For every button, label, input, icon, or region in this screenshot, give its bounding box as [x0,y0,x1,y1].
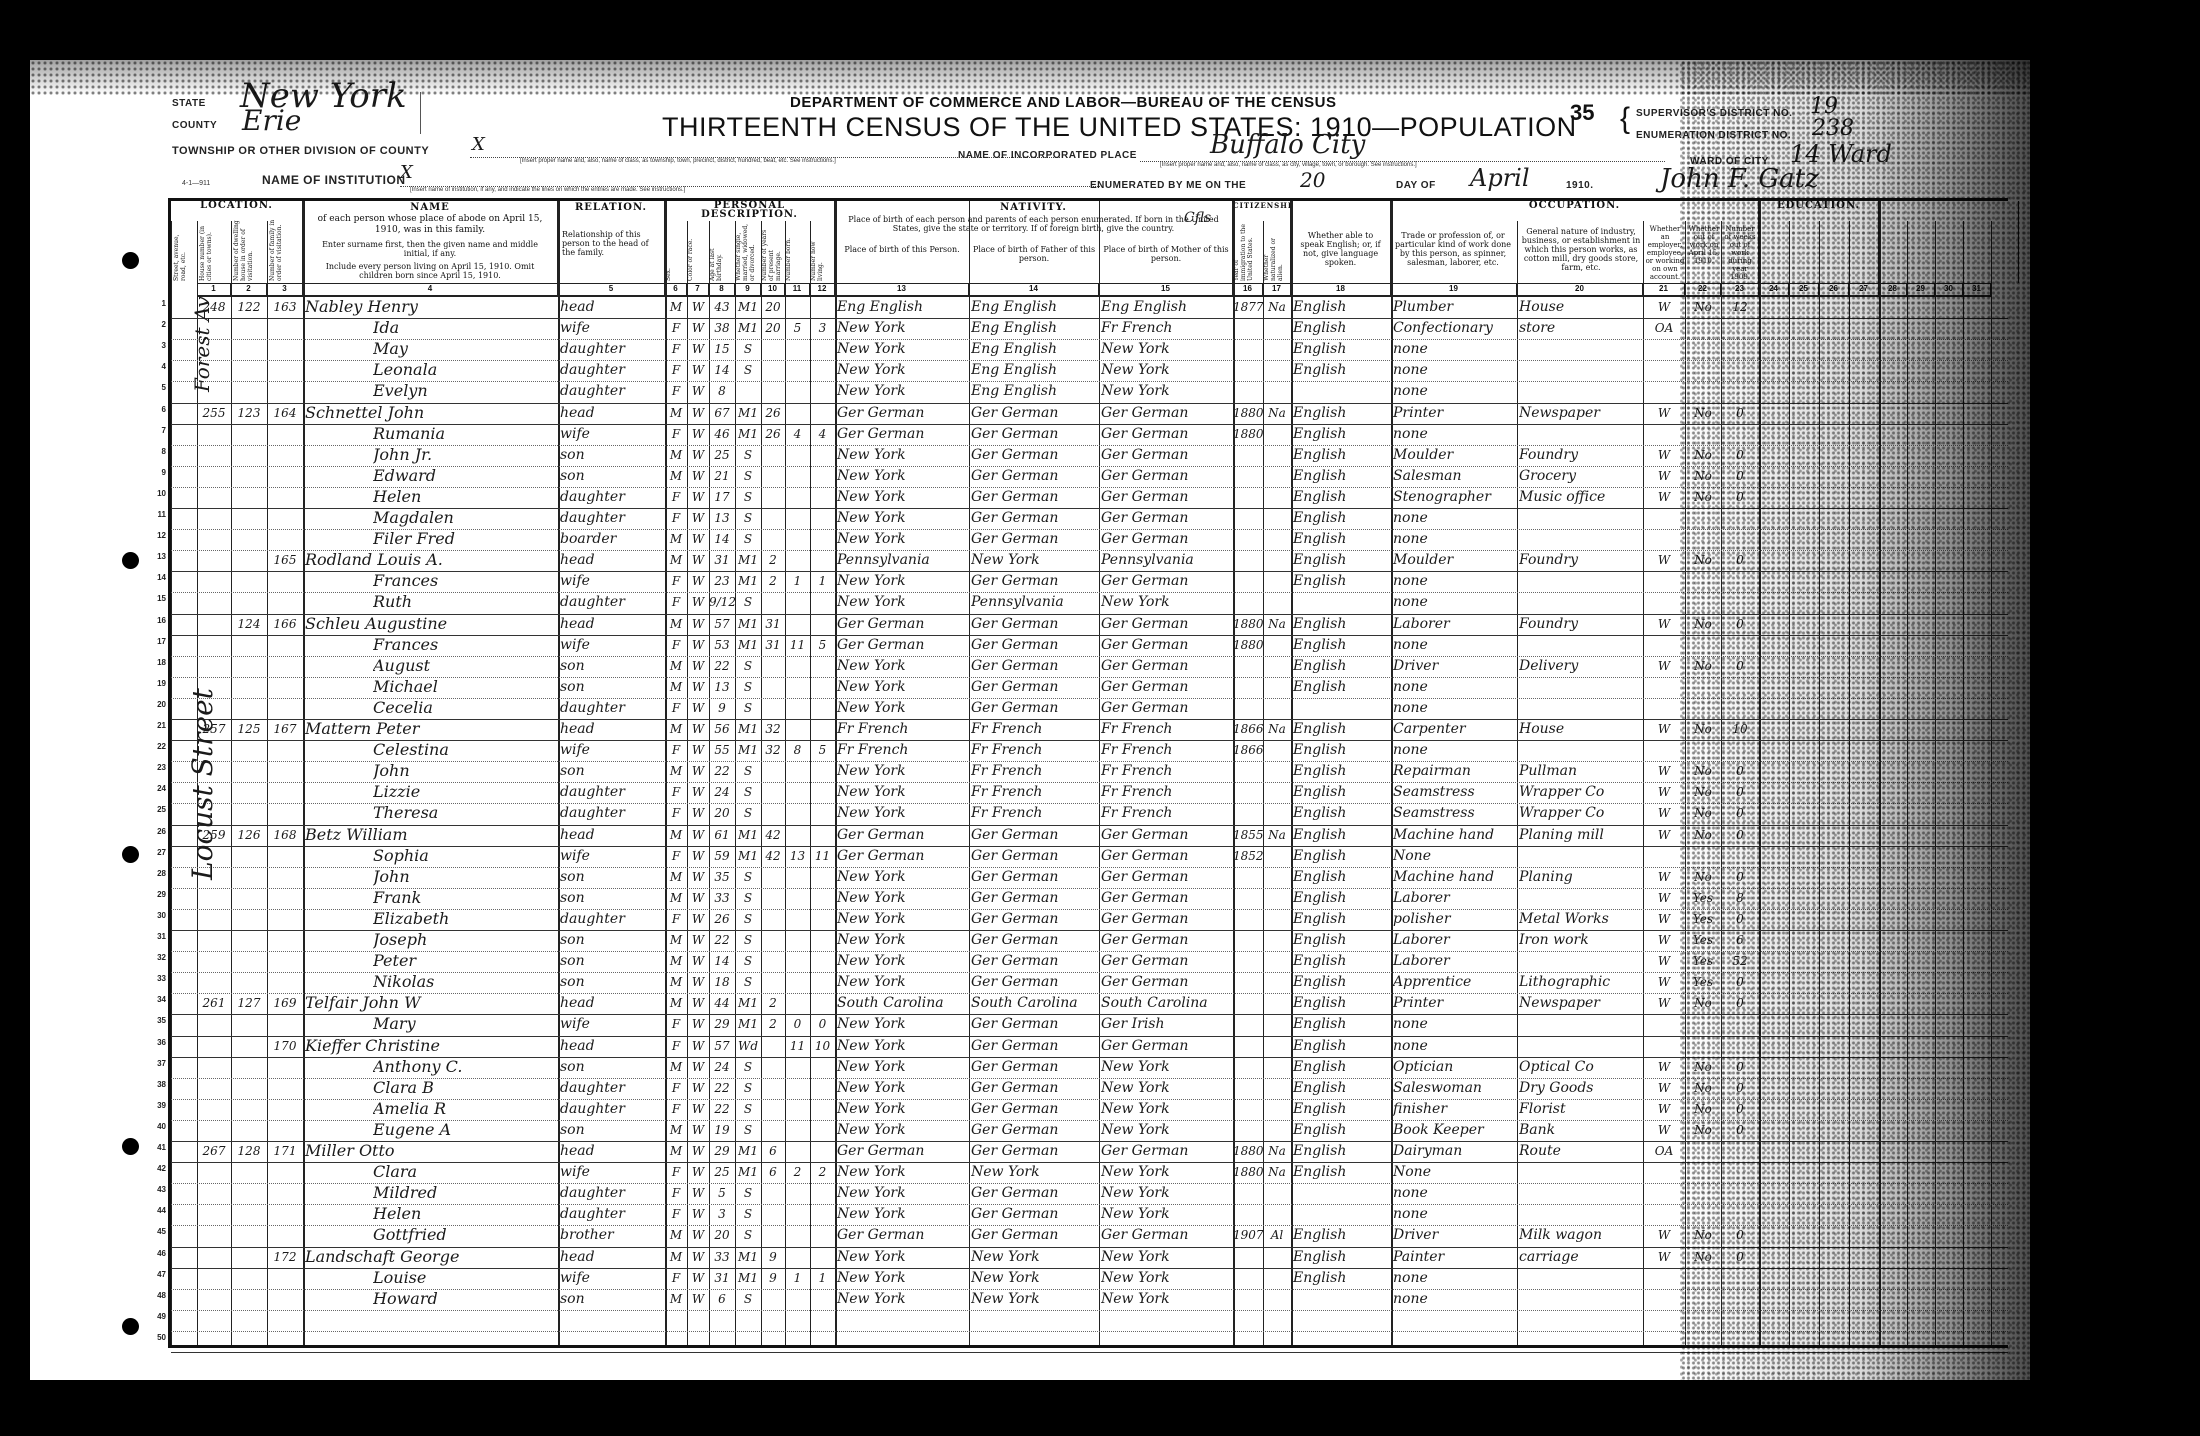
cell-lang: English [1293,951,1390,971]
cell-name: Nabley Henry [305,297,557,317]
cell-wk: 0 [1721,993,1759,1013]
cell-rel: wife [560,635,664,655]
column-number: 23 [1721,283,1759,297]
punch-hole [122,1138,139,1155]
cell-fp: Ger German [971,1036,1098,1056]
cell-wk: 10 [1721,719,1759,739]
cell-wk: 0 [1721,466,1759,486]
cell-ms: M1 [735,1247,761,1267]
place-note: [Insert proper name and, also, name of c… [1160,162,1417,168]
cell-ind: Wrapper Co [1519,803,1642,823]
cell-sex: F [665,1099,687,1119]
nativity-note: Place of birth of each person and parent… [841,215,1226,233]
cell-name: August [373,656,557,676]
county-value: Erie [242,104,301,137]
cell-sex: M [665,677,687,697]
cell-imm: 1880 [1233,424,1263,444]
cell-name: Nikolas [373,972,557,992]
punch-hole [122,846,139,863]
language-header-text: Whether able to speak English; or, if no… [1295,231,1386,267]
cell-bp: New York [837,909,968,929]
row-number: 4 [148,362,166,371]
cell-color: W [687,550,709,570]
cell-ms: S [735,1078,761,1098]
cell-name: Cecelia [373,698,557,718]
cell-ms: M1 [735,1014,761,1034]
cell-lang: English [1293,993,1390,1013]
cell-bp: New York [837,1078,968,1098]
cell-ms: S [735,508,761,528]
year-label: 1910. [1566,180,1594,191]
cell-rel: daughter [560,909,664,929]
cell-age: 38 [709,318,735,338]
cell-imm: 1852 [1233,846,1263,866]
cell-color: W [687,339,709,359]
cell-name: Betz William [305,825,557,845]
cell-name: Louise [373,1268,557,1288]
cell-ms: S [735,867,761,887]
cell-ms: S [735,445,761,465]
cell-trade: none [1393,339,1516,359]
cell-ms: S [735,360,761,380]
cell-nat: Na [1263,1141,1291,1161]
row-number: 46 [148,1249,166,1258]
cell-emp: W [1643,951,1685,971]
cell-bp: New York [837,1162,968,1182]
cell-wk: 0 [1721,487,1759,507]
cell-age: 29 [709,1014,735,1034]
cell-living: 5 [810,635,835,655]
column-number: 22 [1685,283,1721,297]
enumerated-label: Enumerated by me on the [1090,180,1246,191]
cell-wk: 0 [1721,782,1759,802]
cell-rel: wife [560,318,664,338]
column-number: 1 [197,283,231,297]
row-number: 12 [148,531,166,540]
cell-ind: Planing [1519,867,1642,887]
cell-ow: No [1685,1099,1721,1119]
cell-age: 29 [709,1141,735,1161]
cell-mp: New York [1101,360,1232,380]
cell-name: Clara B [373,1078,557,1098]
cell-emp: W [1643,1099,1685,1119]
cell-name: Clara [373,1162,557,1182]
cell-fp: New York [971,1268,1098,1288]
cell-color: W [687,698,709,718]
cell-age: 57 [709,1036,735,1056]
cell-mp: Ger German [1101,571,1232,591]
cell-rel: daughter [560,360,664,380]
cell-fp: Ger German [971,403,1098,423]
cell-wk: 0 [1721,1099,1759,1119]
cell-trade: none [1393,592,1516,612]
cell-ind: store [1519,318,1642,338]
cell-ym: 26 [761,424,785,444]
cell-fp: Ger German [971,529,1098,549]
cell-color: W [687,846,709,866]
cell-trade: none [1393,424,1516,444]
cell-ms: M1 [735,1141,761,1161]
township-note: [Insert proper name and, also, name of c… [520,158,836,164]
form-code: 4-1—911 [182,180,210,187]
cell-emp: OA [1643,318,1685,338]
cell-ms: S [735,1183,761,1203]
cell-mp: Ger German [1101,403,1232,423]
row-number: 31 [148,932,166,941]
cell-mp: New York [1101,1268,1232,1288]
cell-mp: Ger German [1101,677,1232,697]
cell-imm: 1880 [1233,614,1263,634]
cell-rel: head [560,1036,664,1056]
cell-ym: 20 [761,297,785,317]
cell-ind: Iron work [1519,930,1642,950]
cell-lang: English [1293,719,1390,739]
cell-color: W [687,803,709,823]
cell-lang: English [1293,614,1390,634]
cell-ym: 32 [761,740,785,760]
cell-fp: Ger German [971,825,1098,845]
cell-color: W [687,318,709,338]
cell-age: 22 [709,656,735,676]
row-divider [171,1310,2008,1311]
cell-name: Schnettel John [305,403,557,423]
cell-lang: English [1293,1225,1390,1245]
column-number: 10 [761,283,785,297]
cell-color: W [687,571,709,591]
cell-color: W [687,972,709,992]
cell-lang: English [1293,487,1390,507]
cell-sex: M [665,1225,687,1245]
cell-fp: Ger German [971,508,1098,528]
cell-rel: son [560,445,664,465]
cell-mp: Ger German [1101,825,1232,845]
cell-rel: son [560,972,664,992]
cell-bp: New York [837,951,968,971]
cell-sex: F [665,360,687,380]
cell-ms: M1 [735,318,761,338]
cell-imm: 1866 [1233,719,1263,739]
cell-trade: none [1393,740,1516,760]
cell-ms: S [735,1099,761,1119]
cell-bp: New York [837,698,968,718]
cell-lang: English [1293,445,1390,465]
cell-sex: M [665,993,687,1013]
cell-trade: Moulder [1393,445,1516,465]
cell-lang: English [1293,825,1390,845]
cell-mp: Fr French [1101,803,1232,823]
cell-lang: English [1293,403,1390,423]
row-number: 15 [148,594,166,603]
cell-color: W [687,445,709,465]
cell-age: 13 [709,677,735,697]
cell-emp: W [1643,1078,1685,1098]
institution-note: [Insert name of institution, if any, and… [410,187,685,193]
cell-born: 8 [785,740,810,760]
cell-ms: M1 [735,825,761,845]
cell-fam: 167 [267,719,303,739]
cell-ow: No [1685,761,1721,781]
cell-mp: New York [1101,1078,1232,1098]
cell-name: Mattern Peter [305,719,557,739]
column-number: 17 [1263,283,1291,297]
cell-fp: Eng English [971,318,1098,338]
cell-fp: Ger German [971,1057,1098,1077]
cell-trade: none [1393,360,1516,380]
street-annotation: Forest Av [190,296,214,392]
cell-name: Filer Fred [373,529,557,549]
cell-fp: Fr French [971,782,1098,802]
column-number: 8 [709,283,735,297]
cell-mp: New York [1101,592,1232,612]
cell-fp: Eng English [971,297,1098,317]
cell-fp: Ger German [971,1078,1098,1098]
row-number: 7 [148,426,166,435]
cell-emp: W [1643,803,1685,823]
cell-age: 6 [709,1289,735,1309]
cell-rel: son [560,867,664,887]
cell-ow: No [1685,1247,1721,1267]
cell-bp: New York [837,487,968,507]
cell-fp: Ger German [971,635,1098,655]
cell-ms: S [735,339,761,359]
cell-color: W [687,508,709,528]
cell-rel: son [560,677,664,697]
cell-color: W [687,487,709,507]
cell-rel: son [560,888,664,908]
cell-mp: Fr French [1101,782,1232,802]
cell-mp: Ger German [1101,1141,1232,1161]
cell-age: 3 [709,1204,735,1224]
column-number: 4 [303,283,558,297]
cell-sex: F [665,487,687,507]
cell-color: W [687,614,709,634]
cell-fp: New York [971,550,1098,570]
cell-bp: South Carolina [837,993,968,1013]
cell-bp: New York [837,1099,968,1119]
row-number: 37 [148,1059,166,1068]
cell-emp: W [1643,761,1685,781]
cell-rel: wife [560,1014,664,1034]
cell-fp: Fr French [971,719,1098,739]
cell-age: 35 [709,867,735,887]
cell-color: W [687,466,709,486]
cell-emp: W [1643,403,1685,423]
cell-rel: head [560,550,664,570]
cell-ow: No [1685,803,1721,823]
cell-ow: No [1685,1078,1721,1098]
cell-rel: head [560,719,664,739]
cell-bp: New York [837,1057,968,1077]
cell-emp: W [1643,1225,1685,1245]
cell-name: Rodland Louis A. [305,550,557,570]
cell-bp: Ger German [837,846,968,866]
cell-age: 14 [709,529,735,549]
cell-color: W [687,1225,709,1245]
cell-fp: New York [971,1162,1098,1182]
cell-ms: M1 [735,571,761,591]
cell-rel: wife [560,846,664,866]
state-label: State [172,98,206,109]
cell-emp: W [1643,867,1685,887]
cell-ym: 9 [761,1247,785,1267]
cell-lang: English [1293,635,1390,655]
row-number: 35 [148,1016,166,1025]
cell-ms: S [735,656,761,676]
cell-mp: Fr French [1101,318,1232,338]
cell-ind: Pullman [1519,761,1642,781]
cell-living: 2 [810,1162,835,1182]
cell-living: 1 [810,1268,835,1288]
cell-sex: M [665,972,687,992]
row-number: 40 [148,1122,166,1131]
cell-rel: daughter [560,381,664,401]
cell-trade: Stenographer [1393,487,1516,507]
cell-nat: Na [1263,719,1291,739]
cell-age: 14 [709,360,735,380]
cell-imm: 1880 [1233,403,1263,423]
cell-name: Landschaft George [305,1247,557,1267]
row-number: 28 [148,869,166,878]
cell-mp: New York [1101,1183,1232,1203]
cell-lang: English [1293,656,1390,676]
cell-house: 267 [197,1141,231,1161]
cell-mp: Ger German [1101,930,1232,950]
cell-lang: English [1293,1099,1390,1119]
sex-header: Sex. [665,223,687,281]
cell-fp: Fr French [971,761,1098,781]
weeks-out-header: Number of weeks out of work during year … [1723,225,1757,281]
cell-fp: Fr French [971,803,1098,823]
cell-trade: none [1393,1268,1516,1288]
cell-trade: Printer [1393,403,1516,423]
cell-emp: W [1643,466,1685,486]
cell-sex: F [665,1204,687,1224]
cell-age: 61 [709,825,735,845]
cell-mp: Ger German [1101,656,1232,676]
cell-rel: wife [560,1162,664,1182]
cell-rel: wife [560,1268,664,1288]
cell-name: Leonala [373,360,557,380]
cell-born: 11 [785,1036,810,1056]
row-number: 5 [148,383,166,392]
cell-wk: 0 [1721,1057,1759,1077]
cell-trade: Driver [1393,1225,1516,1245]
cell-mp: Fr French [1101,740,1232,760]
cell-ind: Music office [1519,487,1642,507]
relation-header: RELATION. Relationship of this person to… [558,201,665,283]
cell-color: W [687,1036,709,1056]
cell-mp: Ger German [1101,529,1232,549]
cell-born: 13 [785,846,810,866]
row-number: 41 [148,1143,166,1152]
name-header-note1: Enter surname first, then the given name… [309,240,551,258]
cell-sex: F [665,740,687,760]
cell-wk: 0 [1721,972,1759,992]
cell-color: W [687,1099,709,1119]
cell-name: Telfair John W [305,993,557,1013]
cell-name: Gottfried [373,1225,557,1245]
cell-rel: head [560,403,664,423]
street-header: Street, avenue, road, etc. [173,219,195,281]
cell-trade: Moulder [1393,550,1516,570]
cell-trade: Painter [1393,1247,1516,1267]
cell-wk: 0 [1721,803,1759,823]
cell-bp: New York [837,360,968,380]
cell-dw: 127 [231,993,267,1013]
supervisor-label: Supervisor's District No. [1636,108,1792,119]
cell-ms: S [735,888,761,908]
cell-ms: S [735,487,761,507]
cell-lang: English [1293,1268,1390,1288]
cell-rel: daughter [560,592,664,612]
cell-ow: No [1685,656,1721,676]
cell-mp: Ger German [1101,1225,1232,1245]
cell-wk: 52 [1721,951,1759,971]
cell-ind: carriage [1519,1247,1642,1267]
cell-bp: New York [837,571,968,591]
cell-fam: 171 [267,1141,303,1161]
cell-ms: M1 [735,424,761,444]
cell-sex: M [665,550,687,570]
employer-header: Whether an employer, employee, or workin… [1645,225,1685,281]
cell-rel: son [560,761,664,781]
cell-trade: none [1393,635,1516,655]
cell-rel: daughter [560,487,664,507]
cell-imm: 1880 [1233,635,1263,655]
cell-ms: S [735,1289,761,1309]
cell-age: 43 [709,297,735,317]
row-number: 24 [148,784,166,793]
cell-mp: Ger German [1101,635,1232,655]
cell-ind: Route [1519,1141,1642,1161]
cell-born: 1 [785,1268,810,1288]
cell-mp: New York [1101,1120,1232,1140]
cell-sex: M [665,529,687,549]
cell-fp: Ger German [971,1204,1098,1224]
cell-lang: English [1293,677,1390,697]
cell-age: 24 [709,1057,735,1077]
cell-rel: brother [560,1225,664,1245]
cell-bp: Ger German [837,1225,968,1245]
cell-trade: Book Keeper [1393,1120,1516,1140]
cell-ms: S [735,1225,761,1245]
cell-wk: 0 [1721,1078,1759,1098]
cell-nat: Na [1263,825,1291,845]
cell-bp: New York [837,972,968,992]
cell-trade: None [1393,1162,1516,1182]
cell-rel: daughter [560,508,664,528]
cell-mp: New York [1101,1204,1232,1224]
cell-trade: none [1393,508,1516,528]
cell-age: 57 [709,614,735,634]
cell-born: 5 [785,318,810,338]
row-number: 18 [148,658,166,667]
cell-sex: F [665,1183,687,1203]
cell-color: W [687,529,709,549]
cell-trade: Carpenter [1393,719,1516,739]
cell-sex: F [665,1162,687,1182]
row-number: 1 [148,299,166,308]
cell-rel: son [560,656,664,676]
cell-sex: F [665,1014,687,1034]
cell-ym: 6 [761,1141,785,1161]
cell-lang: English [1293,508,1390,528]
cell-living: 4 [810,424,835,444]
cell-living: 3 [810,318,835,338]
cell-mp: Ger German [1101,698,1232,718]
cell-name: Anthony C. [373,1057,557,1077]
cell-nat: Na [1263,1162,1291,1182]
